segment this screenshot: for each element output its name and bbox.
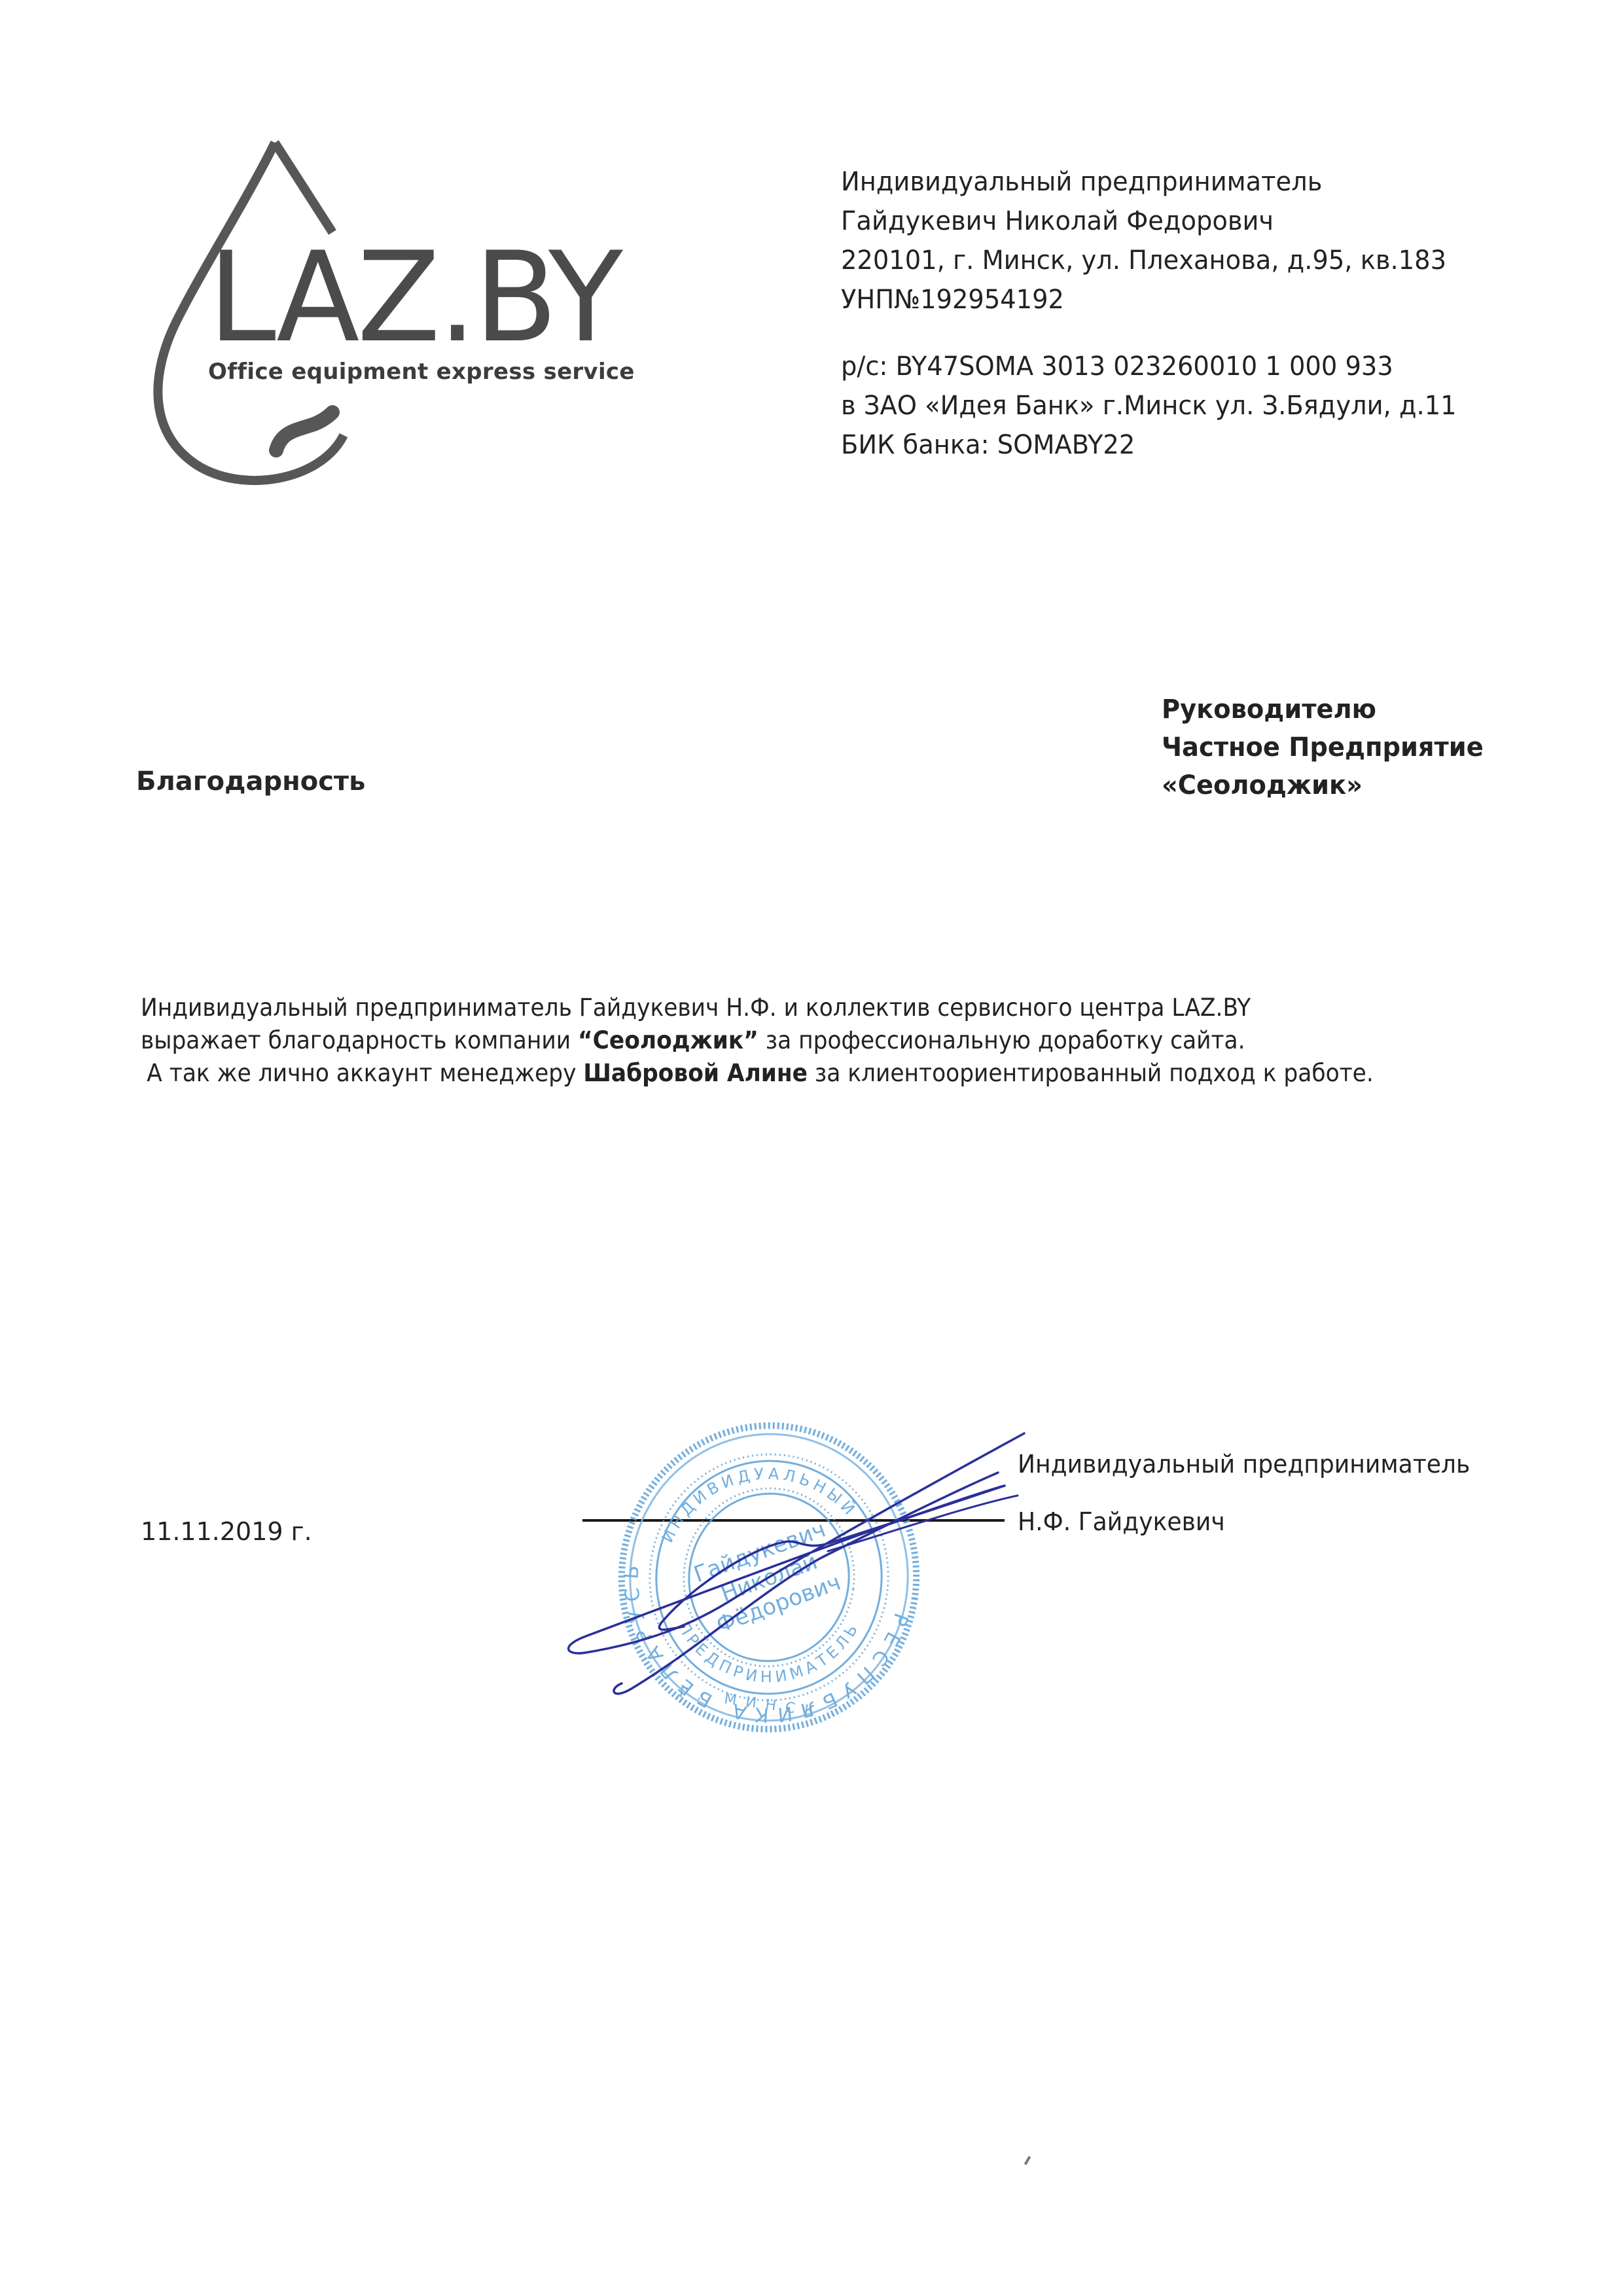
company-logo: LAZ.BY Office equipment express service: [124, 124, 687, 491]
bank-line: р/с: BY47SOMA 3013 023260010 1 000 933: [841, 347, 1457, 386]
body-line-2: выражает благодарность компании “Сеолодж…: [141, 1024, 1374, 1057]
sender-details: Индивидуальный предприниматель Гайдукеви…: [841, 162, 1457, 465]
sender-line: Гайдукевич Николай Федорович: [841, 202, 1457, 241]
body-text: за профессиональную доработку сайта.: [758, 1026, 1245, 1054]
bank-line: БИК банка: SOMABY22: [841, 425, 1457, 465]
document-title: Благодарность: [136, 766, 365, 797]
logo-brand-text: LAZ.BY: [208, 236, 620, 360]
manager-name: Шабровой Алине: [583, 1059, 808, 1087]
body-text: А так же лично аккаунт менеджеру: [147, 1059, 583, 1087]
bank-line: в ЗАО «Идея Банк» г.Минск ул. З.Бядули, …: [841, 386, 1457, 425]
company-name: “Сеолоджик”: [578, 1026, 758, 1054]
body-text: за клиентоориентированный подход к работ…: [808, 1059, 1374, 1087]
body-line-1: Индивидуальный предприниматель Гайдукеви…: [141, 992, 1374, 1024]
sender-line: УНП№192954192: [841, 280, 1457, 319]
recipient-line: «Сеолоджик»: [1162, 766, 1484, 804]
sender-line: 220101, г. Минск, ул. Плеханова, д.95, к…: [841, 241, 1457, 280]
recipient-line: Руководителю: [1162, 691, 1484, 728]
sender-line: Индивидуальный предприниматель: [841, 162, 1457, 202]
logo-tagline: Office equipment express service: [208, 359, 635, 385]
letter-date: 11.11.2019 г.: [141, 1517, 312, 1546]
letter-body: Индивидуальный предприниматель Гайдукеви…: [141, 992, 1374, 1090]
handwritten-signature: [546, 1427, 1057, 1715]
scan-artifact: [1024, 2156, 1031, 2165]
signature-scribble-icon: [546, 1427, 1057, 1715]
recipient-block: Руководителю Частное Предприятие «Сеолод…: [1162, 691, 1484, 804]
spacer: [841, 319, 1457, 347]
recipient-line: Частное Предприятие: [1162, 728, 1484, 766]
body-text: выражает благодарность компании: [141, 1026, 578, 1054]
signer-title: Индивидуальный предприниматель: [1018, 1450, 1470, 1479]
body-line-3: А так же лично аккаунт менеджеру Шаброво…: [141, 1057, 1374, 1090]
signer-name: Н.Ф. Гайдукевич: [1018, 1507, 1225, 1536]
